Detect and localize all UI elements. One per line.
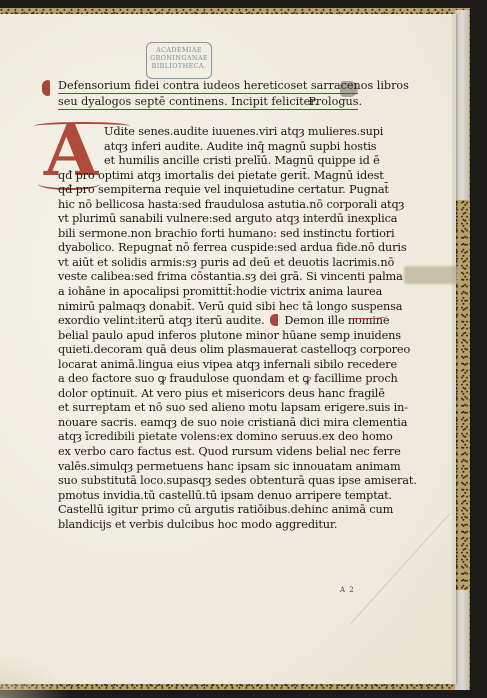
page-edge <box>452 14 456 684</box>
heading-line-1: Defensorium fidei contra iudeos heretico… <box>58 78 358 94</box>
heading-line-2-text: seu dyalogos septē continens. Incipit fe… <box>58 95 318 108</box>
rubric-pilcrow-icon <box>42 80 50 96</box>
page-crease <box>350 513 451 625</box>
text-line: ex verbo caro factus est. Quod rursum vi… <box>58 445 358 460</box>
text-line-part: exordio velint:iterū atqȝ iterū audite. <box>58 314 264 327</box>
text-line: nimirū palmaqȝ donabit̄. Verū quid sibi … <box>58 300 358 315</box>
heading-block: Defensorium fidei contra iudeos heretico… <box>58 78 358 110</box>
stamp-line-2: GRONINGANAE <box>147 54 211 62</box>
text-line: locarat animā.lingua eius vipea atqȝ inf… <box>58 358 358 373</box>
stamp-line-1: ACADEMIAE <box>147 46 211 54</box>
text-line: atqȝ inferi audite. Audite inq̄ magnū su… <box>58 140 358 155</box>
signature-mark: A 2 <box>340 586 355 594</box>
text-line: belial paulo apud inferos plutone minor … <box>58 329 358 344</box>
prologus-label: Prologus. <box>308 94 362 109</box>
text-line: Udite senes.audite iuuenes.viri atqȝ mul… <box>58 125 358 140</box>
text-line: a iohāne in apocalipsi promittit̄:hodie … <box>58 285 358 300</box>
text-line: nouare sacris. eamqȝ de suo noie cristia… <box>58 416 358 431</box>
text-line: atqȝ īcredibili pietate volens:ex domino… <box>58 430 358 445</box>
library-stamp: ACADEMIAE GRONINGANAE BIBLIOTHECA. <box>146 42 212 79</box>
text-line: Castellū igitur primo cū argutis ratiōib… <box>58 503 358 518</box>
text-line: qđ pro sempiterna requie vel inquietudin… <box>58 183 358 198</box>
text-line: et surreptam et nō suo sed alieno motu l… <box>58 401 358 416</box>
stamp-line-3: BIBLIOTHECA. <box>147 62 211 70</box>
water-stain <box>0 654 70 698</box>
text-line: suo substitutā loco.supasqȝ sedes obtent… <box>58 474 358 489</box>
pilcrow-icon <box>270 314 278 326</box>
text-line: a deo factore suo ꝙ fraudulose quondam e… <box>58 372 358 387</box>
text-line: hic nō bellicosa hasta:sed fraudulosa as… <box>58 198 358 213</box>
text-line: valēs.simulqȝ permetuens hanc ipsam sic … <box>58 460 358 475</box>
marginal-flourish <box>352 312 388 319</box>
paper-repair-stain <box>404 266 460 284</box>
text-line: et humilis ancille cristi prelīū. Magnū … <box>58 154 358 169</box>
text-line: dolor optinuit. At vero pius et miserico… <box>58 387 358 402</box>
text-line: exordio velint:iterū atqȝ iterū audite. … <box>58 314 358 329</box>
text-line: vt aiūt et solidis armis:sȝ puris ad deū… <box>58 256 358 271</box>
text-line: dyabolico. Repugnat̄ nō ferrea cuspide:s… <box>58 241 358 256</box>
body-text: Udite senes.audite iuuenes.viri atqȝ mul… <box>58 125 358 532</box>
vellum-corner-bottom <box>455 590 469 690</box>
text-line: veste calibea:sed frima cōstantia.sȝ dei… <box>58 270 358 285</box>
text-line: qđ pro optimi atqȝ imortalis dei pietate… <box>58 169 358 184</box>
vellum-corner-top <box>455 10 469 200</box>
text-line: bili sermone.non brachio forti humano: s… <box>58 227 358 242</box>
text-line: vt plurimū sanabili vulnere:sed arguto a… <box>58 212 358 227</box>
text-line: blandicijs et verbis dulcibus hoc modo a… <box>58 518 358 533</box>
text-line: quieti.decoram quā deus olim plasmauerat… <box>58 343 358 358</box>
text-line: pmotus invidia.tū castellū.tū ipsam denu… <box>58 489 358 504</box>
heading-line-2: seu dyalogos septē continens. Incipit fe… <box>58 94 358 110</box>
